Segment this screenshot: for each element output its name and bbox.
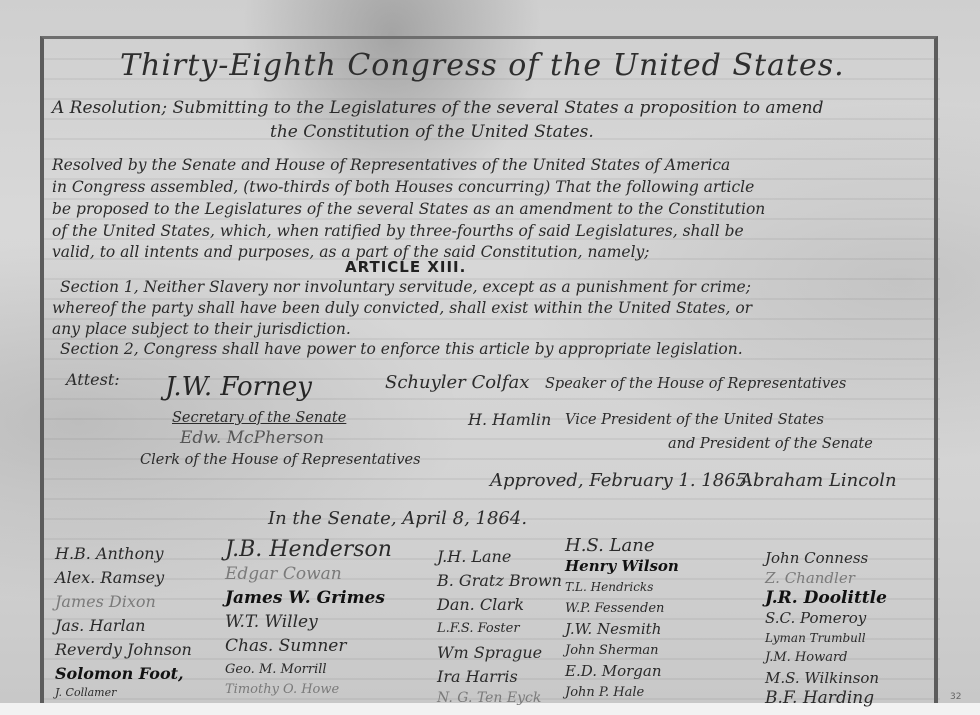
- senator-signature: John Sherman: [565, 640, 679, 661]
- resolution-subtitle-line2: the Constitution of the United States.: [270, 122, 594, 142]
- senator-signature: J. Collamer: [55, 686, 192, 700]
- senator-signature: Wm Sprague: [437, 641, 562, 665]
- vp-signature: H. Hamlin: [468, 410, 551, 429]
- section1-line: whereof the party shall have been duly c…: [52, 299, 752, 317]
- senator-signature: John Conness: [765, 548, 887, 568]
- signature-column-5: John Conness Z. Chandler J.R. Doolittle …: [765, 548, 887, 708]
- senator-signature: H.B. Anthony: [55, 542, 192, 566]
- senator-signature: Lyman Trumbull: [765, 628, 887, 648]
- senator-signature: H.S. Lane: [565, 535, 679, 556]
- senator-signature: Henry Wilson: [565, 556, 679, 577]
- senate-heading: In the Senate, April 8, 1864.: [268, 508, 527, 529]
- senator-signature: B. Gratz Brown: [437, 569, 562, 593]
- senator-signature: Chas. Sumner: [225, 634, 392, 658]
- senator-signature: Reverdy Johnson: [55, 638, 192, 662]
- senator-signature: B.F. Harding: [765, 688, 887, 708]
- senator-signature: Alex. Ramsey: [55, 566, 192, 590]
- signature-column-1: H.B. Anthony Alex. Ramsey James Dixon Ja…: [55, 542, 192, 700]
- senator-signature: W.P. Fessenden: [565, 598, 679, 619]
- senator-signature: Edgar Cowan: [225, 562, 392, 586]
- article-heading: ARTICLE XIII.: [345, 258, 466, 276]
- senator-signature: J.M. Howard: [765, 648, 887, 668]
- signature-column-2: J.B. Henderson Edgar Cowan James W. Grim…: [225, 538, 392, 698]
- senator-signature: Dan. Clark: [437, 593, 562, 617]
- vp-title-line1: Vice President of the United States: [565, 412, 824, 428]
- senator-signature: L.F.S. Foster: [437, 617, 562, 641]
- resolution-subtitle-line1: A Resolution; Submitting to the Legislat…: [52, 98, 824, 118]
- senator-signature: N. G. Ten Eyck: [437, 689, 562, 707]
- senator-signature: Ira Harris: [437, 665, 562, 689]
- senator-signature: M.S. Wilkinson: [765, 668, 887, 688]
- signature-column-3: J.H. Lane B. Gratz Brown Dan. Clark L.F.…: [437, 545, 562, 707]
- page-number: 32: [950, 692, 961, 702]
- section1-line: any place subject to their jurisdiction.: [52, 320, 351, 338]
- senator-signature: Z. Chandler: [765, 568, 887, 588]
- senator-signature: S.C. Pomeroy: [765, 608, 887, 628]
- clerk-signature: Edw. McPherson: [180, 428, 324, 448]
- signature-column-4: H.S. Lane Henry Wilson T.L. Hendricks W.…: [565, 535, 679, 703]
- senator-signature: J.H. Lane: [437, 545, 562, 569]
- speaker-title: Speaker of the House of Representatives: [545, 376, 846, 392]
- senator-signature: John P. Hale: [565, 682, 679, 703]
- section1-line: Section 1, Neither Slavery nor involunta…: [60, 278, 751, 296]
- senator-signature: Timothy O. Howe: [225, 682, 392, 698]
- clerk-title: Clerk of the House of Representatives: [140, 452, 421, 468]
- preamble-line: be proposed to the Legislatures of the s…: [52, 200, 765, 218]
- secretary-signature: J.W. Forney: [165, 372, 312, 402]
- vp-title-line2: and President of the Senate: [668, 436, 873, 452]
- preamble-line: of the United States, which, when ratifi…: [52, 222, 744, 240]
- senator-signature: E.D. Morgan: [565, 661, 679, 682]
- approved-date: Approved, February 1. 1865.: [490, 470, 753, 491]
- secretary-title: Secretary of the Senate: [172, 410, 346, 426]
- senator-signature: Jas. Harlan: [55, 614, 192, 638]
- section2-line: Section 2, Congress shall have power to …: [60, 340, 743, 358]
- attest-label: Attest:: [66, 370, 120, 389]
- senator-signature: J.W. Nesmith: [565, 619, 679, 640]
- senator-signature: W.T. Willey: [225, 610, 392, 634]
- document-title: Thirty-Eighth Congress of the United Sta…: [120, 48, 845, 83]
- speaker-signature: Schuyler Colfax: [385, 372, 529, 393]
- senator-signature: James W. Grimes: [225, 586, 392, 610]
- preamble-line: Resolved by the Senate and House of Repr…: [52, 156, 730, 174]
- senator-signature: J.R. Doolittle: [765, 588, 887, 608]
- senator-signature: James Dixon: [55, 590, 192, 614]
- lincoln-signature: Abraham Lincoln: [740, 470, 897, 491]
- senator-signature: T.L. Hendricks: [565, 577, 679, 598]
- senator-signature: Geo. M. Morrill: [225, 658, 392, 682]
- senator-signature: J.B. Henderson: [225, 538, 392, 562]
- senator-signature: Solomon Foot,: [55, 662, 192, 686]
- preamble-line: in Congress assembled, (two-thirds of bo…: [52, 178, 754, 196]
